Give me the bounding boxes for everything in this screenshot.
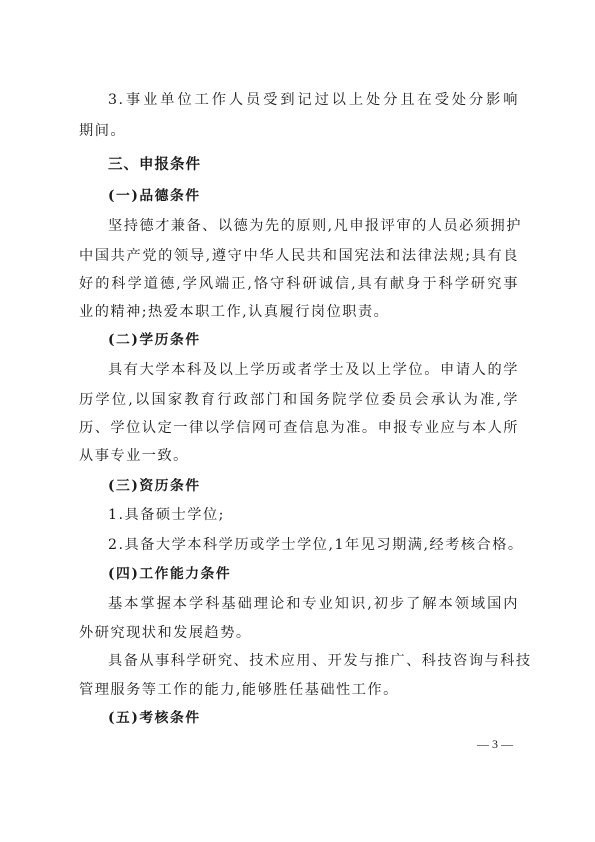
subheading-qualification-conditions: (三)资历条件 (108, 475, 519, 497)
subheading-moral-conditions: (一)品德条件 (108, 185, 519, 207)
paragraph-ability-line1: 基本掌握本学科基础理论和专业知识,初步了解本领域国内 (108, 593, 519, 615)
paragraph-moral-line2: 中国共产党的领导,遵守中华人民共和国宪法和法律法规;具有良 (79, 245, 519, 267)
paragraph-ability-line2: 外研究现状和发展趋势。 (79, 622, 519, 644)
paragraph-moral-line4: 业的精神;热爱本职工作,认真履行岗位职责。 (79, 301, 519, 323)
list-item-3-line2: 期间。 (79, 120, 519, 142)
list-item-3-line1: 3.事业单位工作人员受到记过以上处分且在受处分影响 (108, 89, 519, 111)
paragraph-education-line1: 具有大学本科及以上学历或者学士及以上学位。申请人的学 (108, 359, 519, 381)
paragraph-education-line2: 历学位,以国家教育行政部门和国务院学位委员会承认为准,学 (79, 389, 519, 411)
paragraph-moral-line1: 坚持德才兼备、以德为先的原则,凡申报评审的人员必须拥护 (108, 215, 519, 237)
paragraph-ability2-line2: 管理服务等工作的能力,能够胜任基础性工作。 (79, 679, 519, 701)
document-page: 3.事业单位工作人员受到记过以上处分且在受处分影响 期间。 三、申报条件 (一)… (0, 0, 595, 842)
subheading-work-ability-conditions: (四)工作能力条件 (108, 563, 519, 585)
paragraph-moral-line3: 好的科学道德,学风端正,恪守科研诚信,具有献身于科学研究事 (79, 273, 519, 295)
qualification-item-1: 1.具备硕士学位; (108, 504, 519, 526)
paragraph-education-line3: 历、学位认定一律以学信网可查信息为准。申报专业应与本人所 (79, 417, 519, 439)
paragraph-ability2-line1: 具备从事科学研究、技术应用、开发与推广、科技咨询与科技 (108, 650, 519, 672)
subheading-education-conditions: (二)学历条件 (108, 329, 519, 351)
section-heading-application-conditions: 三、申报条件 (108, 154, 519, 176)
paragraph-education-line4: 从事专业一致。 (79, 445, 519, 467)
subheading-assessment-conditions: (五)考核条件 (108, 707, 519, 729)
qualification-item-2: 2.具备大学本科学历或学士学位,1年见习期满,经考核合格。 (108, 534, 519, 556)
page-number: — 3 — (470, 734, 520, 754)
